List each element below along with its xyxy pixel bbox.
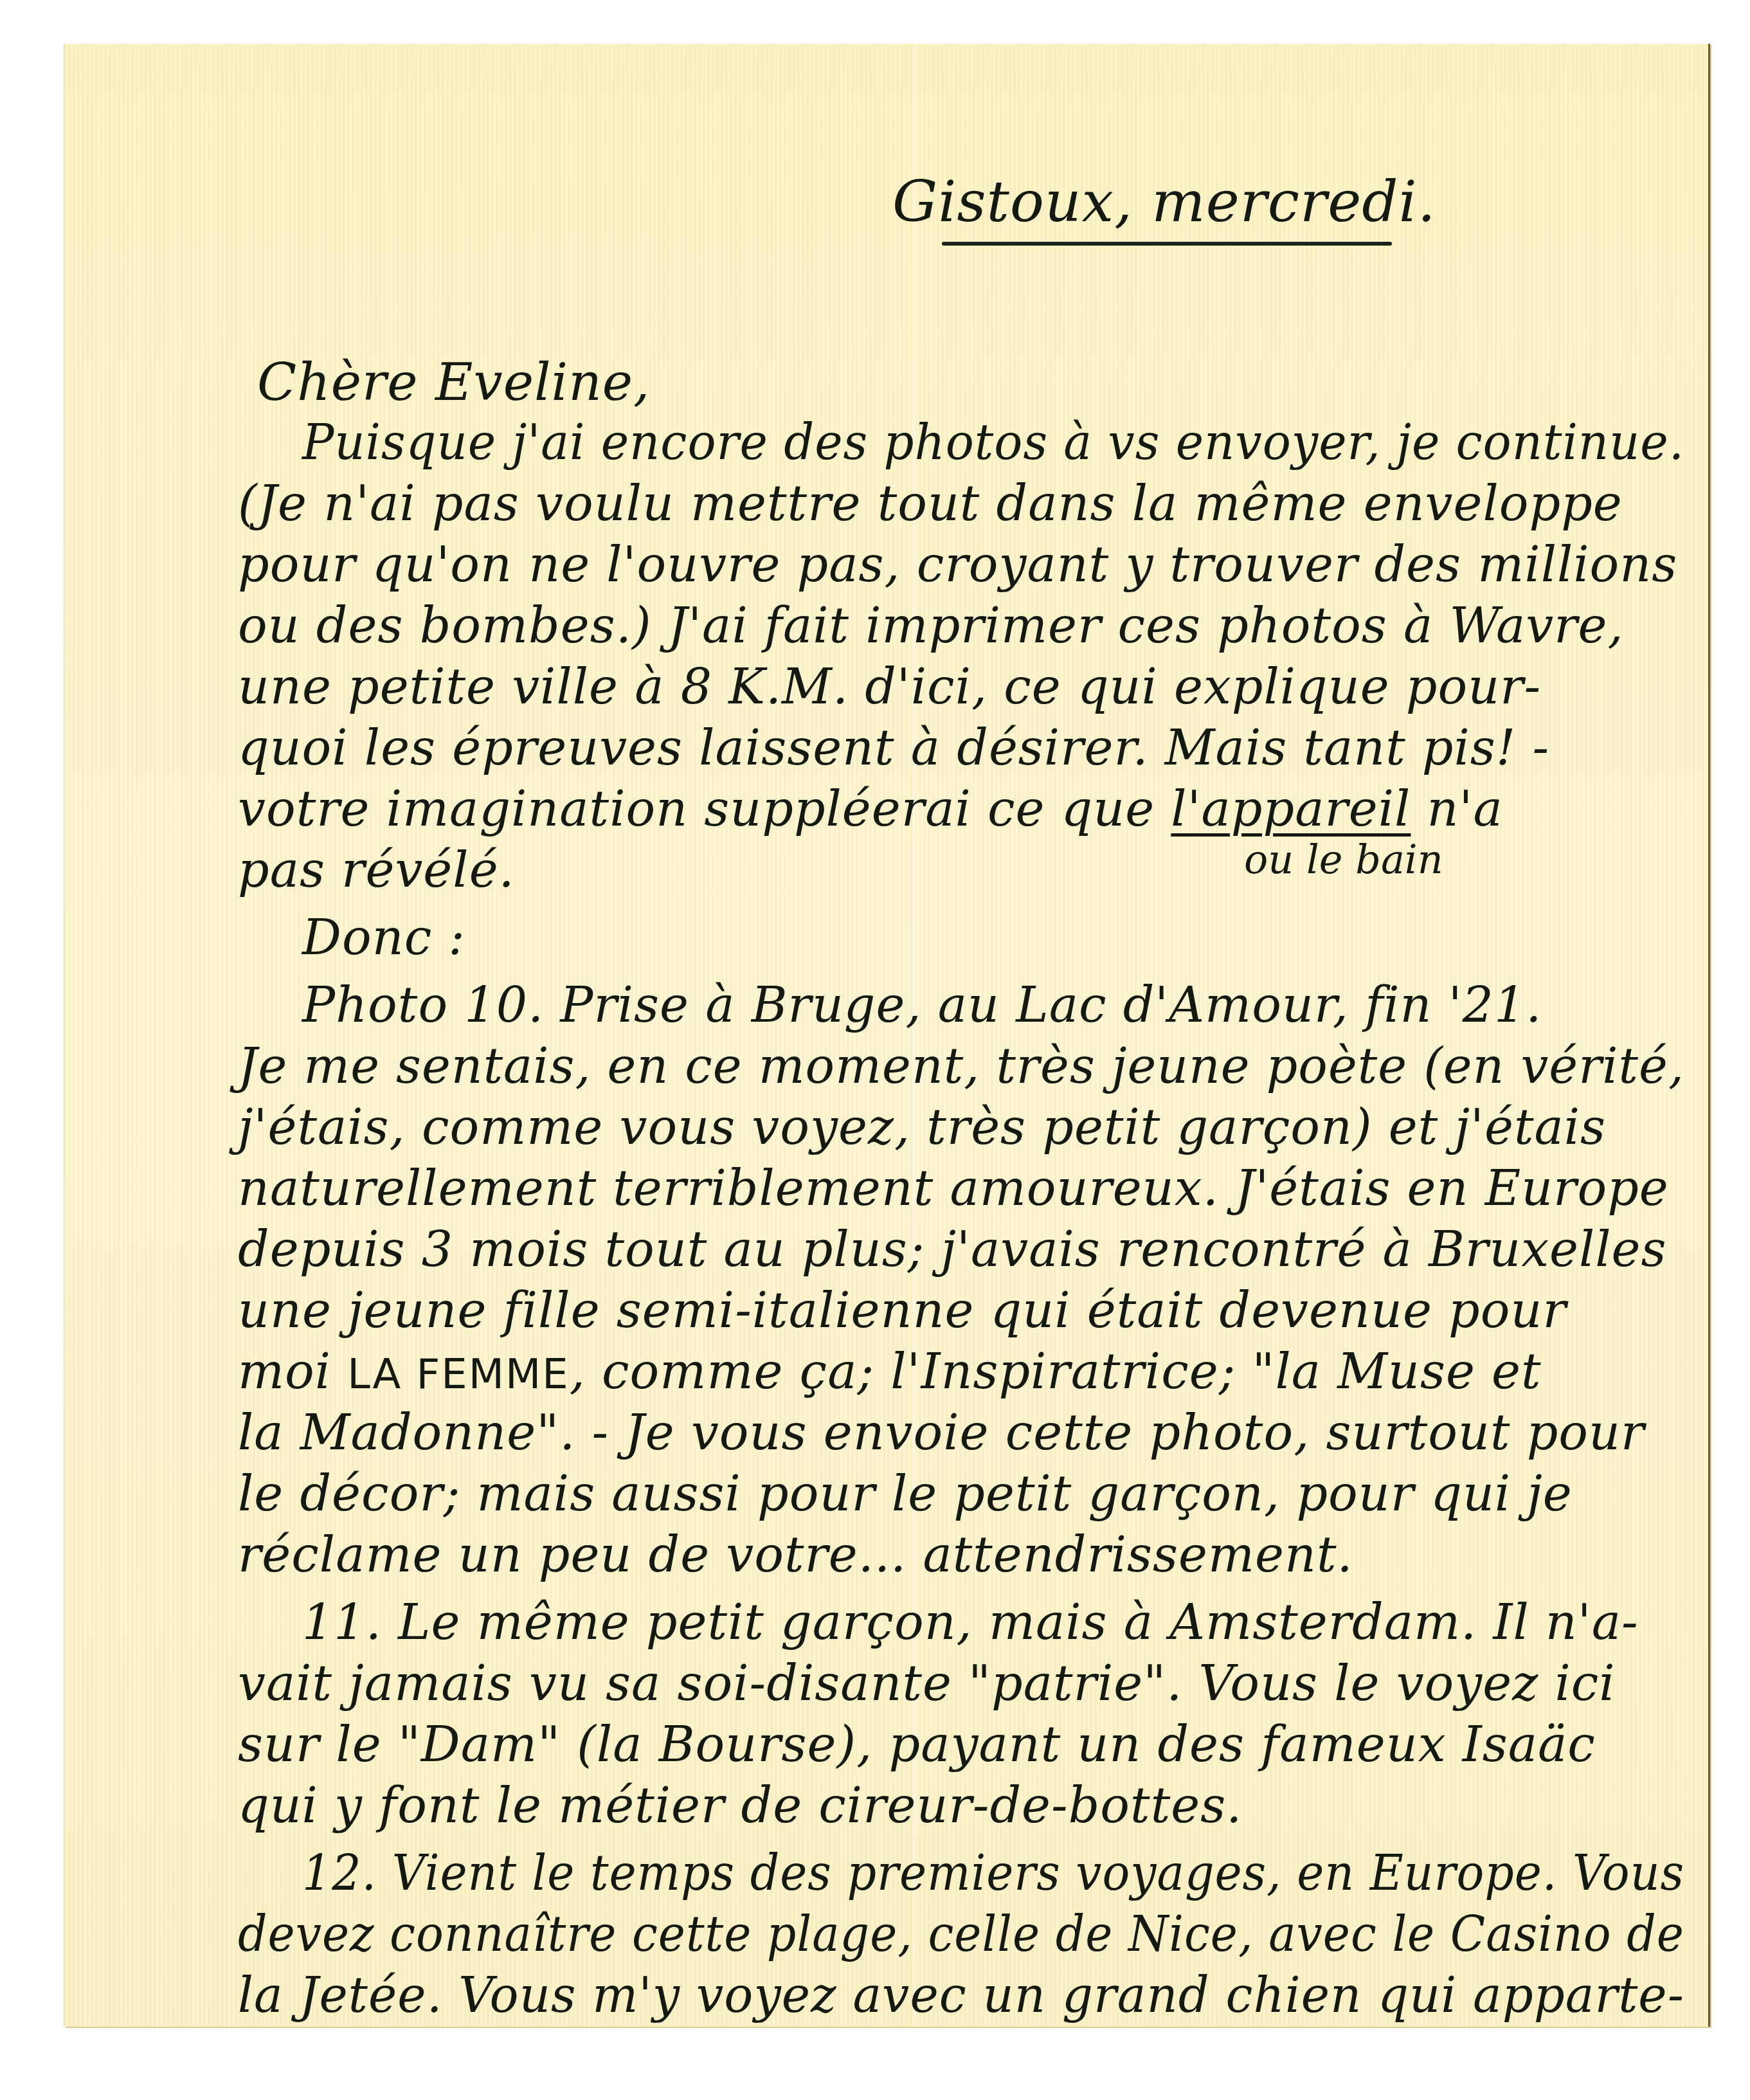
text-line: Photo 10. Prise à Bruge, au Lac d'Amour,… (302, 981, 1542, 1029)
text-line: j'étais, comme vous voyez, très petit ga… (238, 1103, 1606, 1152)
text-line: devez connaître cette plage, celle de Ni… (238, 1910, 1684, 1959)
interlinear-insertion: ou le bain (1244, 836, 1443, 883)
text-segment: moi (238, 1343, 347, 1400)
text-line: une petite ville à 8 K.M. d'ici, ce qui … (238, 662, 1541, 711)
text-line: vait jamais vu sa soi-disante "patrie". … (238, 1659, 1616, 1708)
text-line: pas révélé. (238, 846, 515, 894)
underlined-word: l'appareil (1171, 780, 1411, 837)
text-line: 11. Le même petit garçon, mais à Amsterd… (302, 1598, 1639, 1647)
text-line: sur le "Dam" (la Bourse), payant un des … (238, 1720, 1596, 1769)
text-line: (Je n'ai pas voulu mettre tout dans la m… (238, 479, 1623, 528)
text-line: la Jetée. Vous m'y voyez avec un grand c… (238, 1971, 1684, 2020)
capitalized-phrase: LA FEMME (347, 1351, 569, 1398)
text-line: votre imagination suppléerai ce que l'ap… (238, 784, 1503, 833)
text-line: pour qu'on ne l'ouvre pas, croyant y tro… (238, 540, 1677, 589)
dateline: Gistoux, mercredi. (892, 174, 1436, 230)
text-line: moi LA FEMME, comme ça; l'Inspiratrice; … (238, 1347, 1542, 1396)
dateline-underline (942, 242, 1392, 246)
text-line: ou des bombes.) J'ai fait imprimer ces p… (238, 601, 1624, 650)
text-line: une jeune fille semi-italienne qui était… (238, 1286, 1567, 1335)
text-line: naturellement terriblement amoureux. J'é… (238, 1164, 1669, 1213)
donc-heading: Donc : (302, 913, 465, 962)
text-line: la Madonne". - Je vous envoie cette phot… (238, 1408, 1645, 1457)
text-segment: , comme ça; l'Inspiratrice; "la Muse et (570, 1343, 1542, 1400)
text-line: quoi les épreuves laissent à désirer. Ma… (238, 723, 1549, 772)
text-line: Je me sentais, en ce moment, très jeune … (238, 1042, 1684, 1091)
text-segment: votre imagination suppléerai ce que (238, 780, 1171, 837)
text-line: réclame un peu de votre... attendrisseme… (238, 1530, 1353, 1579)
text-line: Puisque j'ai encore des photos à vs envo… (302, 418, 1684, 467)
salutation: Chère Eveline, (257, 357, 651, 408)
text-line: depuis 3 mois tout au plus; j'avais renc… (238, 1225, 1667, 1274)
text-line: qui y font le métier de cireur-de-bottes… (238, 1781, 1242, 1830)
text-line: 12. Vient le temps des premiers voyages,… (302, 1849, 1684, 1897)
text-line: le décor; mais aussi pour le petit garço… (238, 1469, 1573, 1518)
text-segment: n'a (1411, 780, 1502, 837)
